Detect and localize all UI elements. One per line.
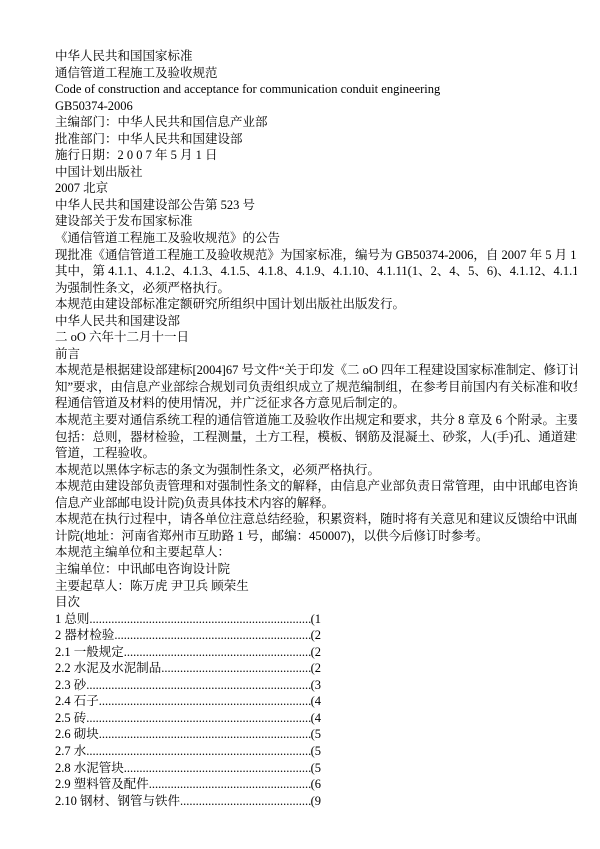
text-line: 信息产业部邮电设计院)负责具体技术内容的解释。 [55,495,577,512]
text-line: 中国计划出版社 [55,164,577,181]
text-line: 管道，工程验收。 [55,445,577,462]
toc-dot-leader: ........................................… [99,726,311,743]
document-lines: 中华人民共和国国家标准通信管道工程施工及验收规范Code of construc… [55,48,577,611]
text-line: 本规范在执行过程中，请各单位注意总结经验，积累资料，随时将有关意见和建议反馈给中… [55,511,577,528]
toc-entry-label: 2.5 砖 [55,710,86,727]
toc-entry: 2.10 钢材、钢管与铁件...........................… [55,793,321,810]
toc-entry-label: 2 器材检验 [55,627,114,644]
text-line: Code of construction and acceptance for … [55,81,577,98]
toc-entry-page: (5 [311,726,321,743]
toc-entry: 2 器材检验..................................… [55,627,321,644]
toc-entry-page: (3 [311,677,321,694]
text-line: 知”要求，由信息产业部综合规划司负责组织成立了规范编制组，在参考目前国内有关标准… [55,379,577,396]
text-line: 主编单位：中讯邮电咨询设计院 [55,561,577,578]
text-line: 本规范主编单位和主要起草人： [55,544,577,561]
text-line: 包括：总则，器材检验，工程测量，土方工程，模板、钢筋及混凝土、砂浆，人(手)孔、… [55,429,577,446]
text-line: 现批准《通信管道工程施工及验收规范》为国家标准，编号为 GB50374-2006… [55,247,577,264]
toc-entry-page: (2 [311,644,321,661]
toc-entry-page: (9 [311,793,321,810]
toc-entry-label: 2.4 石子 [55,693,99,710]
text-line: 主要起草人：陈万虎 尹卫兵 顾荣生 [55,578,577,595]
text-line: 主编部门：中华人民共和国信息产业部 [55,114,577,131]
toc-dot-leader: ........................................… [124,644,311,661]
document-text-block: 中华人民共和国国家标准通信管道工程施工及验收规范Code of construc… [55,48,577,809]
text-line: 目次 [55,594,577,611]
toc-entry-label: 1 总则 [55,611,89,628]
toc-dot-leader: ........................................… [99,693,311,710]
toc-entry-label: 2.10 钢材、钢管与铁件 [55,793,180,810]
text-line: 其中，第 4.1.1、4.1.2、4.1.3、4.1.5、4.1.8、4.1.9… [55,263,577,280]
toc-entry: 2.9 塑料管及配件..............................… [55,776,321,793]
toc-entry: 1 总则....................................… [55,611,321,628]
toc-entry-label: 2.3 砂 [55,677,86,694]
toc-entry-page: (2 [311,627,321,644]
toc-dot-leader: ........................................… [180,793,311,810]
toc-entry-label: 2.9 塑料管及配件 [55,776,149,793]
toc-dot-leader: ........................................… [114,627,310,644]
text-line: 通信管道工程施工及验收规范 [55,65,577,82]
text-line: 本规范以黑体字标志的条文为强制性条文，必须严格执行。 [55,462,577,479]
toc-entry-page: (4 [311,710,321,727]
text-line: 2007 北京 [55,180,577,197]
text-line: 本规范主要对通信系统工程的通信管道施工及验收作出规定和要求，共分 8 章及 6 … [55,412,577,429]
toc-dot-leader: ........................................… [86,743,310,760]
toc-entry: 2.8 水泥管块................................… [55,760,321,777]
text-line: 前言 [55,346,577,363]
toc-dot-leader: ........................................… [161,660,310,677]
text-line: 中华人民共和国建设部公告第 523 号 [55,197,577,214]
text-line: 计院(地址：河南省郑州市互助路 1 号，邮编：450007)，以供今后修订时参考… [55,528,577,545]
text-line: 程通信管道及材料的使用情况，并广泛征求各方意见后制定的。 [55,395,577,412]
toc-dot-leader: ........................................… [86,710,310,727]
toc-list: 1 总则....................................… [55,611,577,810]
text-line: 建设部关于发布国家标准 [55,213,577,230]
toc-entry-page: (1 [311,611,321,628]
toc-entry-page: (5 [311,743,321,760]
toc-entry: 2.2 水泥及水泥制品.............................… [55,660,321,677]
toc-entry: 2.5 砖...................................… [55,710,321,727]
toc-dot-leader: ........................................… [124,760,311,777]
document-page: 中华人民共和国国家标准通信管道工程施工及验收规范Code of construc… [0,0,600,849]
toc-dot-leader: ........................................… [86,677,310,694]
text-line: 二 oO 六年十二月十一日 [55,329,577,346]
toc-entry: 2.7 水...................................… [55,743,321,760]
toc-entry: 2.6 砌块..................................… [55,726,321,743]
text-line: GB50374-2006 [55,98,577,115]
toc-entry-page: (4 [311,693,321,710]
toc-entry: 2.4 石子..................................… [55,693,321,710]
toc-entry-page: (6 [311,776,321,793]
toc-entry-label: 2.6 砌块 [55,726,99,743]
text-line: 为强制性条文，必须严格执行。 [55,280,577,297]
toc-entry: 2.1 一般规定................................… [55,644,321,661]
text-line: 批准部门：中华人民共和国建设部 [55,131,577,148]
toc-dot-leader: ........................................… [89,611,310,628]
toc-entry-page: (2 [311,660,321,677]
text-line: 施行日期：2 0 0 7 年 5 月 1 日 [55,147,577,164]
toc-entry: 2.3 砂...................................… [55,677,321,694]
text-line: 本规范是根据建设部建标[2004]67 号文件“关于印发《二 oO 四年工程建设… [55,362,577,379]
toc-dot-leader: ........................................… [149,776,311,793]
text-line: 《通信管道工程施工及验收规范》的公告 [55,230,577,247]
text-line: 中华人民共和国建设部 [55,313,577,330]
text-line: 本规范由建设部负责管理和对强制性条文的解释，由信息产业部负责日常管理，由中讯邮电… [55,478,577,495]
toc-entry-page: (5 [311,760,321,777]
toc-entry-label: 2.1 一般规定 [55,644,124,661]
toc-entry-label: 2.7 水 [55,743,86,760]
toc-entry-label: 2.2 水泥及水泥制品 [55,660,161,677]
text-line: 本规范由建设部标准定额研究所组织中国计划出版社出版发行。 [55,296,577,313]
text-line: 中华人民共和国国家标准 [55,48,577,65]
toc-entry-label: 2.8 水泥管块 [55,760,124,777]
